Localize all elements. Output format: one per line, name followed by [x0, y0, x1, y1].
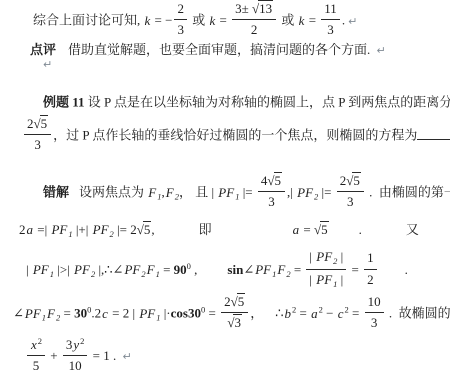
paragraph-mark-icon: ↵ — [40, 58, 52, 71]
math-variable: a — [26, 222, 35, 237]
radicand: 5 — [320, 221, 329, 237]
superscript: 2 — [80, 336, 84, 346]
text-run: | — [309, 249, 315, 264]
fraction-numerator: 4√5 — [258, 173, 285, 191]
text-run: |,∴∠ — [95, 262, 123, 277]
text-run: 3 — [34, 137, 41, 152]
empty-line: ↵ — [40, 56, 52, 72]
spacer — [212, 233, 292, 234]
math-variable: c — [101, 306, 109, 321]
fraction-denominator: 5 — [27, 355, 45, 374]
fraction-denominator: 3 — [258, 191, 285, 210]
fraction-denominator: 2 — [232, 19, 276, 38]
text-run: . — [405, 262, 408, 277]
square-root: √5 — [34, 115, 49, 131]
text-run: 2 — [367, 272, 374, 287]
fraction: 2√53 — [24, 116, 51, 154]
radicand: 5 — [237, 293, 246, 309]
text-run: |+| — [73, 222, 92, 237]
square-root: √5 — [346, 172, 361, 188]
text-run: 3 — [327, 22, 334, 37]
fraction-denominator: 3 — [337, 191, 364, 210]
text-run: . 故椭圆的方程为 — [386, 306, 450, 321]
fraction: x25 — [27, 336, 45, 375]
fraction-denominator: 3 — [321, 19, 340, 38]
fraction: 12 — [364, 250, 377, 288]
fraction: 23 — [174, 1, 187, 39]
text-run: |= — [318, 185, 334, 200]
math-variable: PF — [315, 272, 333, 287]
fraction: | PF2 || PF1 | — [306, 249, 346, 289]
text-run: 10 — [368, 294, 381, 309]
fraction-numerator: 10 — [365, 294, 384, 312]
text-run: = — [305, 13, 319, 28]
text-run: ， — [250, 306, 263, 321]
math-variable: PF — [32, 262, 50, 277]
bold-text-run: 错解 — [43, 185, 69, 200]
text-run: 2 — [19, 222, 26, 237]
text-run: . — [359, 222, 362, 237]
fraction-numerator: 2√5 — [24, 116, 51, 134]
example-line-2: 2√53，过 P 点作长轴的垂线恰好过椭圆的一个焦点，则椭圆的方程为. ↵ — [22, 118, 450, 156]
text-run: 3 — [268, 194, 275, 209]
fraction-numerator: 2 — [174, 1, 187, 19]
radical-sign: √ — [34, 116, 40, 131]
text-run: = − — [151, 13, 172, 28]
example-line-1: 例题 11 设 P 点是在以坐标轴为对称轴的椭圆上，点 P 到两焦点的距离分别为… — [43, 85, 450, 123]
math-variable: PF — [296, 185, 314, 200]
text-run: 2 — [251, 22, 258, 37]
radicand: 5 — [40, 115, 49, 131]
text-run: | — [337, 249, 343, 264]
paragraph-mark-icon: ↵ — [374, 44, 386, 57]
radical-sign: √ — [346, 173, 352, 188]
text-run: = 1 . — [89, 348, 119, 363]
square-root: √5 — [267, 172, 282, 188]
comment-line: 点评借助直觉解题，也要全面审题，搞清问题的各个方面. ↵ — [30, 42, 386, 58]
text-run: = — [349, 306, 363, 321]
wrong-solution-line-4: ∠PF1F2 = 300.2c = 2 | PF1 |·cos300 = 2√5… — [13, 296, 450, 334]
wrong-solution-line-3: | PF1 |>| PF2 |,∴∠PF2F1 = 900 ,sin∠PF1F2… — [26, 251, 408, 291]
fraction-numerator: x2 — [27, 336, 45, 355]
bold-text-run: 点评 — [30, 42, 56, 57]
conclusion-line: 综合上面讨论可知, k = −23 或 k = 3± √132 或 k = 11… — [33, 3, 357, 41]
spacer — [362, 233, 406, 234]
text-run: − — [323, 306, 337, 321]
text-run: ， 且 | — [179, 185, 217, 200]
superscript: 2 — [38, 336, 42, 346]
bold-text-run: 90 — [174, 262, 187, 277]
fraction-denominator: 2 — [364, 269, 377, 288]
text-run: .2 — [91, 306, 101, 321]
math-variable: a — [292, 222, 301, 237]
spacer — [329, 233, 359, 234]
text-run: 或 — [278, 13, 298, 28]
text-run: , — [191, 262, 198, 277]
math-variable: PF — [50, 222, 68, 237]
fraction-denominator: √3 — [221, 312, 248, 331]
square-root: √5 — [231, 293, 246, 309]
fraction-numerator: 1 — [364, 250, 377, 268]
paragraph-mark-icon: ↵ — [345, 15, 357, 28]
text-run: 3 — [371, 315, 378, 330]
text-run: + — [47, 348, 61, 363]
text-run: 3 — [66, 337, 73, 352]
answer-blank — [417, 126, 450, 140]
text-run: | — [309, 272, 315, 287]
text-run: ，过 P 点作长轴的垂线恰好过椭圆的一个焦点，则椭圆的方程为 — [53, 128, 417, 143]
text-run: =| — [34, 222, 50, 237]
fraction: 103 — [365, 294, 384, 332]
text-run: 11 — [324, 1, 337, 16]
fraction: 3y210 — [63, 336, 88, 375]
text-run: |· — [160, 306, 170, 321]
text-run: = 2 | — [109, 306, 138, 321]
spacer — [69, 196, 79, 197]
radical-sign: √ — [137, 222, 143, 237]
fraction-numerator: | PF2 | — [306, 249, 346, 269]
text-run: 5 — [33, 358, 40, 373]
text-run: |= 2 — [114, 222, 137, 237]
text-run: | — [26, 262, 32, 277]
text-run: 设两焦点为 — [79, 185, 147, 200]
math-variable: PF — [254, 262, 272, 277]
math-variable: F — [276, 262, 286, 277]
text-run: 3 — [177, 22, 184, 37]
bold-text-run: 30 — [74, 306, 87, 321]
text-run: = — [300, 222, 314, 237]
text-run: = — [160, 262, 174, 277]
spacer — [197, 273, 227, 274]
fraction: 2√53 — [337, 173, 364, 211]
text-run: |= — [239, 185, 255, 200]
spacer — [56, 53, 68, 54]
text-run: 1 — [367, 250, 374, 265]
math-variable: PF — [123, 262, 141, 277]
square-root: √5 — [314, 221, 329, 237]
radicand: 13 — [258, 0, 273, 16]
text-run: = — [291, 262, 305, 277]
math-variable: F — [165, 185, 175, 200]
spacer — [379, 273, 405, 274]
fraction: 4√53 — [258, 173, 285, 211]
paragraph-mark-icon: ↵ — [120, 350, 132, 363]
spacer — [263, 317, 275, 318]
text-run: 或 — [189, 13, 209, 28]
radicand: 5 — [352, 172, 361, 188]
radical-sign: √ — [231, 294, 237, 309]
math-variable: PF — [92, 222, 110, 237]
fraction-numerator: 3± √13 — [232, 1, 276, 19]
text-run: | — [337, 272, 343, 287]
math-variable: PF — [24, 306, 42, 321]
math-variable: F — [146, 262, 156, 277]
text-run: = — [348, 262, 362, 277]
radicand: 5 — [274, 172, 283, 188]
text-run: 3 — [347, 194, 354, 209]
spacer — [155, 233, 199, 234]
wrong-solution-line-1: 错解设两焦点为 F1,F2， 且 | PF1 |= 4√53,| PF2 |= … — [43, 175, 450, 213]
text-run: . 由椭圆的第一定义得 — [366, 185, 450, 200]
math-variable: a — [310, 306, 319, 321]
radicand: 3 — [233, 314, 242, 330]
fraction-denominator: 3 — [365, 312, 384, 331]
text-run: |>| — [54, 262, 73, 277]
square-root: √5 — [137, 221, 152, 237]
fraction-numerator: 2√5 — [221, 294, 248, 312]
math-variable: PF — [73, 262, 91, 277]
bold-text-run: cos30 — [171, 306, 201, 321]
fraction-numerator: 3y2 — [63, 336, 88, 355]
fraction-denominator: 3 — [174, 19, 187, 38]
text-run: = — [216, 13, 230, 28]
fraction: 113 — [321, 1, 340, 39]
subscript: 2 — [141, 269, 145, 279]
radical-sign: √ — [267, 173, 273, 188]
text-run: 设 P 点是在以坐标轴为对称轴的椭圆上，点 P 到两焦点的距离分别为 — [85, 95, 450, 110]
fraction: 2√5√3 — [221, 294, 248, 332]
text-run: , — [151, 222, 154, 237]
fraction-numerator: 11 — [321, 1, 340, 19]
math-variable: PF — [315, 249, 333, 264]
bold-text-run: 例题 11 — [43, 95, 85, 110]
bold-text-run: sin — [227, 262, 243, 277]
fraction-denominator: 3 — [24, 134, 51, 153]
text-run: = — [60, 306, 74, 321]
math-variable: PF — [217, 185, 235, 200]
wrong-solution-line-5: x25 + 3y210 = 1 . ↵ — [25, 338, 132, 377]
fraction: 3± √132 — [232, 1, 276, 39]
text-run: ∠ — [243, 262, 254, 277]
math-variable: F — [46, 306, 56, 321]
text-run: = — [296, 306, 310, 321]
document-page: 综合上面讨论可知, k = −23 或 k = 3± √132 或 k = 11… — [0, 0, 450, 383]
fraction-denominator: | PF1 | — [306, 269, 346, 290]
text-run: 10 — [69, 358, 82, 373]
text-run: ∠ — [13, 306, 24, 321]
text-run: 借助直觉解题，也要全面审题，搞清问题的各个方面. — [68, 42, 374, 57]
square-root: √13 — [252, 0, 273, 16]
math-variable: F — [147, 185, 157, 200]
square-root: √3 — [227, 314, 242, 330]
wrong-solution-line-2: 2a =| PF1 |+| PF2 |= 2√5,即a = √5.又 — [19, 222, 419, 240]
math-variable: b — [284, 306, 293, 321]
fraction-numerator: 2√5 — [337, 173, 364, 191]
text-run: 2 — [177, 1, 184, 16]
text-run: = — [205, 306, 219, 321]
text-run: 即 — [199, 222, 212, 237]
math-variable: x — [30, 337, 38, 352]
text-run: ∴ — [275, 306, 283, 321]
math-variable: PF — [138, 306, 156, 321]
fraction-denominator: 10 — [63, 355, 88, 374]
text-run: 又 — [406, 222, 419, 237]
text-run: 综合上面讨论可知, — [33, 13, 144, 28]
text-run: ,| — [287, 185, 296, 200]
text-run: 3± — [235, 1, 252, 16]
